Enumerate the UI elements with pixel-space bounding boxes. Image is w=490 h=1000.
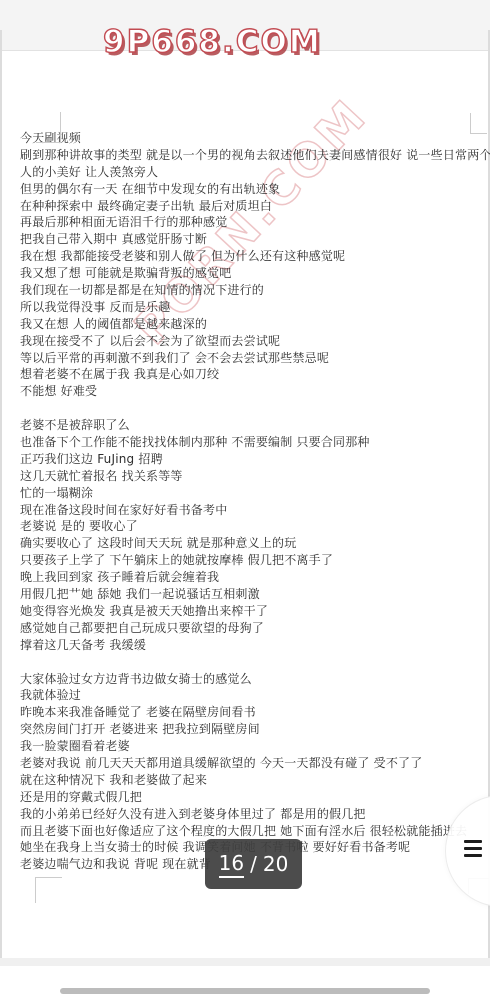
story-line: 忙的一塌糊涂 [20, 485, 482, 502]
story-line: 感觉她自己都要把自己玩成只要欲望的母狗了 [20, 620, 482, 637]
watermark-top: 9P668.COM [103, 24, 322, 60]
story-line: 也准备下个工作能不能找找体制内那种 不需要编制 只要合同那种 [20, 434, 482, 451]
story-line: 这几天就忙着报名 找关系等等 [20, 468, 482, 485]
story-line: 老婆不是被辞职了么 [20, 417, 482, 434]
story-line: 再最后那种相面无语泪千行的那种感觉 [20, 214, 482, 231]
story-line: 她变得容光焕发 我真是被天天她撸出来榨干了 [20, 603, 482, 620]
story-line: 我现在接受不了 以后会不会为了欲望而去尝试呢 [20, 333, 482, 350]
story-line: 撑着这几天备考 我缓缓 [20, 637, 482, 654]
story-line: 还是用的穿戴式假几把 [20, 789, 482, 806]
story-line: 等以后平常的再刺激不到我们了 会不会去尝试那些禁忌呢 [20, 350, 482, 367]
story-line: 我们现在一切都是都是在知情的情况下进行的 [20, 282, 482, 299]
story-text: 今天刷视频刷到那种讲故事的类型 就是以一个男的视角去叙述他们夫妻间感情很好 说一… [20, 130, 482, 873]
story-line: 只要孩子上学了 下午躺床上的她就按摩棒 假几把不离手了 [20, 552, 482, 569]
page-indicator: 16 / 20 [205, 839, 302, 889]
story-line [20, 400, 482, 417]
corner-mark-bottom-left [35, 877, 62, 903]
story-line: 晚上我回到家 孩子睡着后就会缠着我 [20, 569, 482, 586]
story-line: 我又想了想 可能就是欺骗背叛的感觉吧 [20, 265, 482, 282]
story-line: 今天刷视频 [20, 130, 482, 147]
story-line: 老婆说 是的 要收心了 [20, 518, 482, 535]
story-line: 老婆对我说 前几天天天都用道具缓解欲望的 今天一天都没有碰了 受不了了 [20, 755, 482, 772]
page-total: 20 [263, 852, 288, 876]
story-line: 我在想 我都能接受老婆和别人做了 但为什么还有这种感觉呢 [20, 248, 482, 265]
story-line: 用假几把艹她 舔她 我们一起说骚话互相刺激 [20, 586, 482, 603]
story-line: 我一脸蒙圈看着老婆 [20, 738, 482, 755]
story-line: 我的小弟弟已经好久没有进入到老婆身体里过了 都是用的假几把 [20, 806, 482, 823]
reader-screen: 9P668.COM PORN.COM 今天刷视频刷到那种讲故事的类型 就是以一个… [0, 0, 490, 1000]
story-line: 昨晚本来我准备睡觉了 老婆在隔壁房间看书 [20, 704, 482, 721]
story-line: 正巧我们这边 FuJing 招聘 [20, 451, 482, 468]
story-line: 突然房间门打开 老婆进来 把我拉到隔壁房间 [20, 721, 482, 738]
corner-mark-top-right [470, 113, 487, 134]
page-left-edge [0, 30, 2, 960]
corner-mark-top-left [36, 112, 61, 143]
story-line: 不能想 好难受 [20, 383, 482, 400]
story-line: 所以我觉得没事 反而是乐趣 [20, 299, 482, 316]
story-line: 想着老婆不在属于我 我真是心如刀绞 [20, 366, 482, 383]
story-line: 确实要收心了 这段时间天天玩 就是那种意义上的玩 [20, 535, 482, 552]
story-line [20, 654, 482, 671]
story-line: 我就体验过 [20, 687, 482, 704]
story-line: 在种种探索中 最终确定妻子出轨 最后对质坦白 [20, 198, 482, 215]
story-line: 就在这种情况下 我和老婆做了起来 [20, 772, 482, 789]
bottom-separator [0, 958, 490, 966]
story-line: 把我自己带入期中 真感觉肝肠寸断 [20, 231, 482, 248]
page-current: 16 [219, 851, 244, 878]
story-line: 大家体验过女方边背书边做女骑士的感觉么 [20, 671, 482, 688]
story-line: 人的小美好 让人羡煞旁人 [20, 164, 482, 181]
hamburger-icon [464, 840, 482, 857]
story-line: 刷到那种讲故事的类型 就是以一个男的视角去叙述他们夫妻间感情很好 说一些日常两个 [20, 147, 482, 164]
story-line: 现在准备这段时间在家好好看书备考中 [20, 502, 482, 519]
story-line: 我又在想 人的阈值都是越来越深的 [20, 316, 482, 333]
page-separator: / [250, 852, 257, 876]
story-line: 但男的偶尔有一天 在细节中发现女的有出轨迹象 [20, 181, 482, 198]
story-line: 而且老婆下面也好像适应了这个程度的大假几把 她下面有淫水后 很轻松就能插进去 [20, 823, 482, 840]
scroll-progress-bar[interactable] [60, 988, 430, 994]
